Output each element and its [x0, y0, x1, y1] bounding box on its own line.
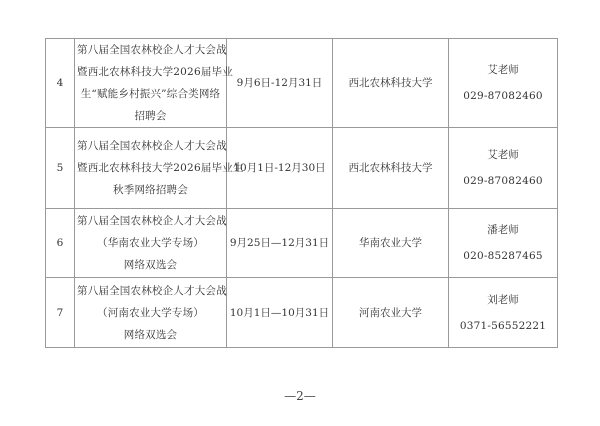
- event-name: 第八届全国农林校企人才大会战 暨西北农林科技大学2026届毕业 生“赋能乡村振兴…: [75, 39, 227, 128]
- event-name-line: 第八届全国农林校企人才大会战: [77, 280, 224, 302]
- event-organizer: 华南农业大学: [333, 209, 449, 278]
- contact-name: 艾老师: [451, 146, 555, 164]
- contact-phone: 0371-56552221: [451, 317, 555, 335]
- event-contact: 艾老师 029-87082460: [449, 39, 558, 128]
- table-row: 7 第八届全国农林校企人才大会战 （河南农业大学专场） 网络双选会 10月1日—…: [46, 278, 558, 348]
- page-number: —2—: [0, 389, 600, 403]
- event-name-line: 网络双选会: [77, 254, 224, 276]
- contact-name: 刘老师: [451, 291, 555, 309]
- contact-name: 艾老师: [451, 61, 555, 79]
- row-number: 7: [46, 278, 75, 348]
- contact-name: 潘老师: [451, 221, 555, 239]
- contact-phone: 020-85287465: [451, 247, 555, 265]
- event-name-line: （华南农业大学专场）: [77, 232, 224, 254]
- event-organizer: 西北农林科技大学: [333, 39, 449, 128]
- table-row: 5 第八届全国农林校企人才大会战 暨西北农林科技大学2026届毕业生 秋季网络招…: [46, 128, 558, 209]
- row-number: 4: [46, 39, 75, 128]
- event-name-line: 第八届全国农林校企人才大会战: [77, 39, 224, 61]
- event-name-line: 招聘会: [77, 105, 224, 127]
- event-name-line: 第八届全国农林校企人才大会战: [77, 135, 224, 157]
- event-date: 9月25日—12月31日: [227, 209, 333, 278]
- row-number: 6: [46, 209, 75, 278]
- event-contact: 刘老师 0371-56552221: [449, 278, 558, 348]
- event-date: 10月1日-12月30日: [227, 128, 333, 209]
- event-name-line: 暨西北农林科技大学2026届毕业: [77, 61, 224, 83]
- contact-phone: 029-87082460: [451, 87, 555, 105]
- event-date: 10月1日—10月31日: [227, 278, 333, 348]
- table-row: 6 第八届全国农林校企人才大会战 （华南农业大学专场） 网络双选会 9月25日—…: [46, 209, 558, 278]
- event-name: 第八届全国农林校企人才大会战 暨西北农林科技大学2026届毕业生 秋季网络招聘会: [75, 128, 227, 209]
- event-name-line: 秋季网络招聘会: [77, 179, 224, 201]
- event-contact: 潘老师 020-85287465: [449, 209, 558, 278]
- job-fair-table: 4 第八届全国农林校企人才大会战 暨西北农林科技大学2026届毕业 生“赋能乡村…: [45, 38, 558, 348]
- event-name-line: 网络双选会: [77, 324, 224, 346]
- event-name-line: 第八届全国农林校企人才大会战: [77, 210, 224, 232]
- row-number: 5: [46, 128, 75, 209]
- event-date: 9月6日-12月31日: [227, 39, 333, 128]
- event-name-line: 暨西北农林科技大学2026届毕业生: [77, 157, 224, 179]
- contact-phone: 029-87082460: [451, 172, 555, 190]
- event-contact: 艾老师 029-87082460: [449, 128, 558, 209]
- event-organizer: 河南农业大学: [333, 278, 449, 348]
- table-row: 4 第八届全国农林校企人才大会战 暨西北农林科技大学2026届毕业 生“赋能乡村…: [46, 39, 558, 128]
- event-organizer: 西北农林科技大学: [333, 128, 449, 209]
- event-name-line: （河南农业大学专场）: [77, 302, 224, 324]
- document-page: 4 第八届全国农林校企人才大会战 暨西北农林科技大学2026届毕业 生“赋能乡村…: [0, 0, 600, 426]
- event-name: 第八届全国农林校企人才大会战 （华南农业大学专场） 网络双选会: [75, 209, 227, 278]
- event-name: 第八届全国农林校企人才大会战 （河南农业大学专场） 网络双选会: [75, 278, 227, 348]
- event-name-line: 生“赋能乡村振兴”综合类网络: [77, 83, 224, 105]
